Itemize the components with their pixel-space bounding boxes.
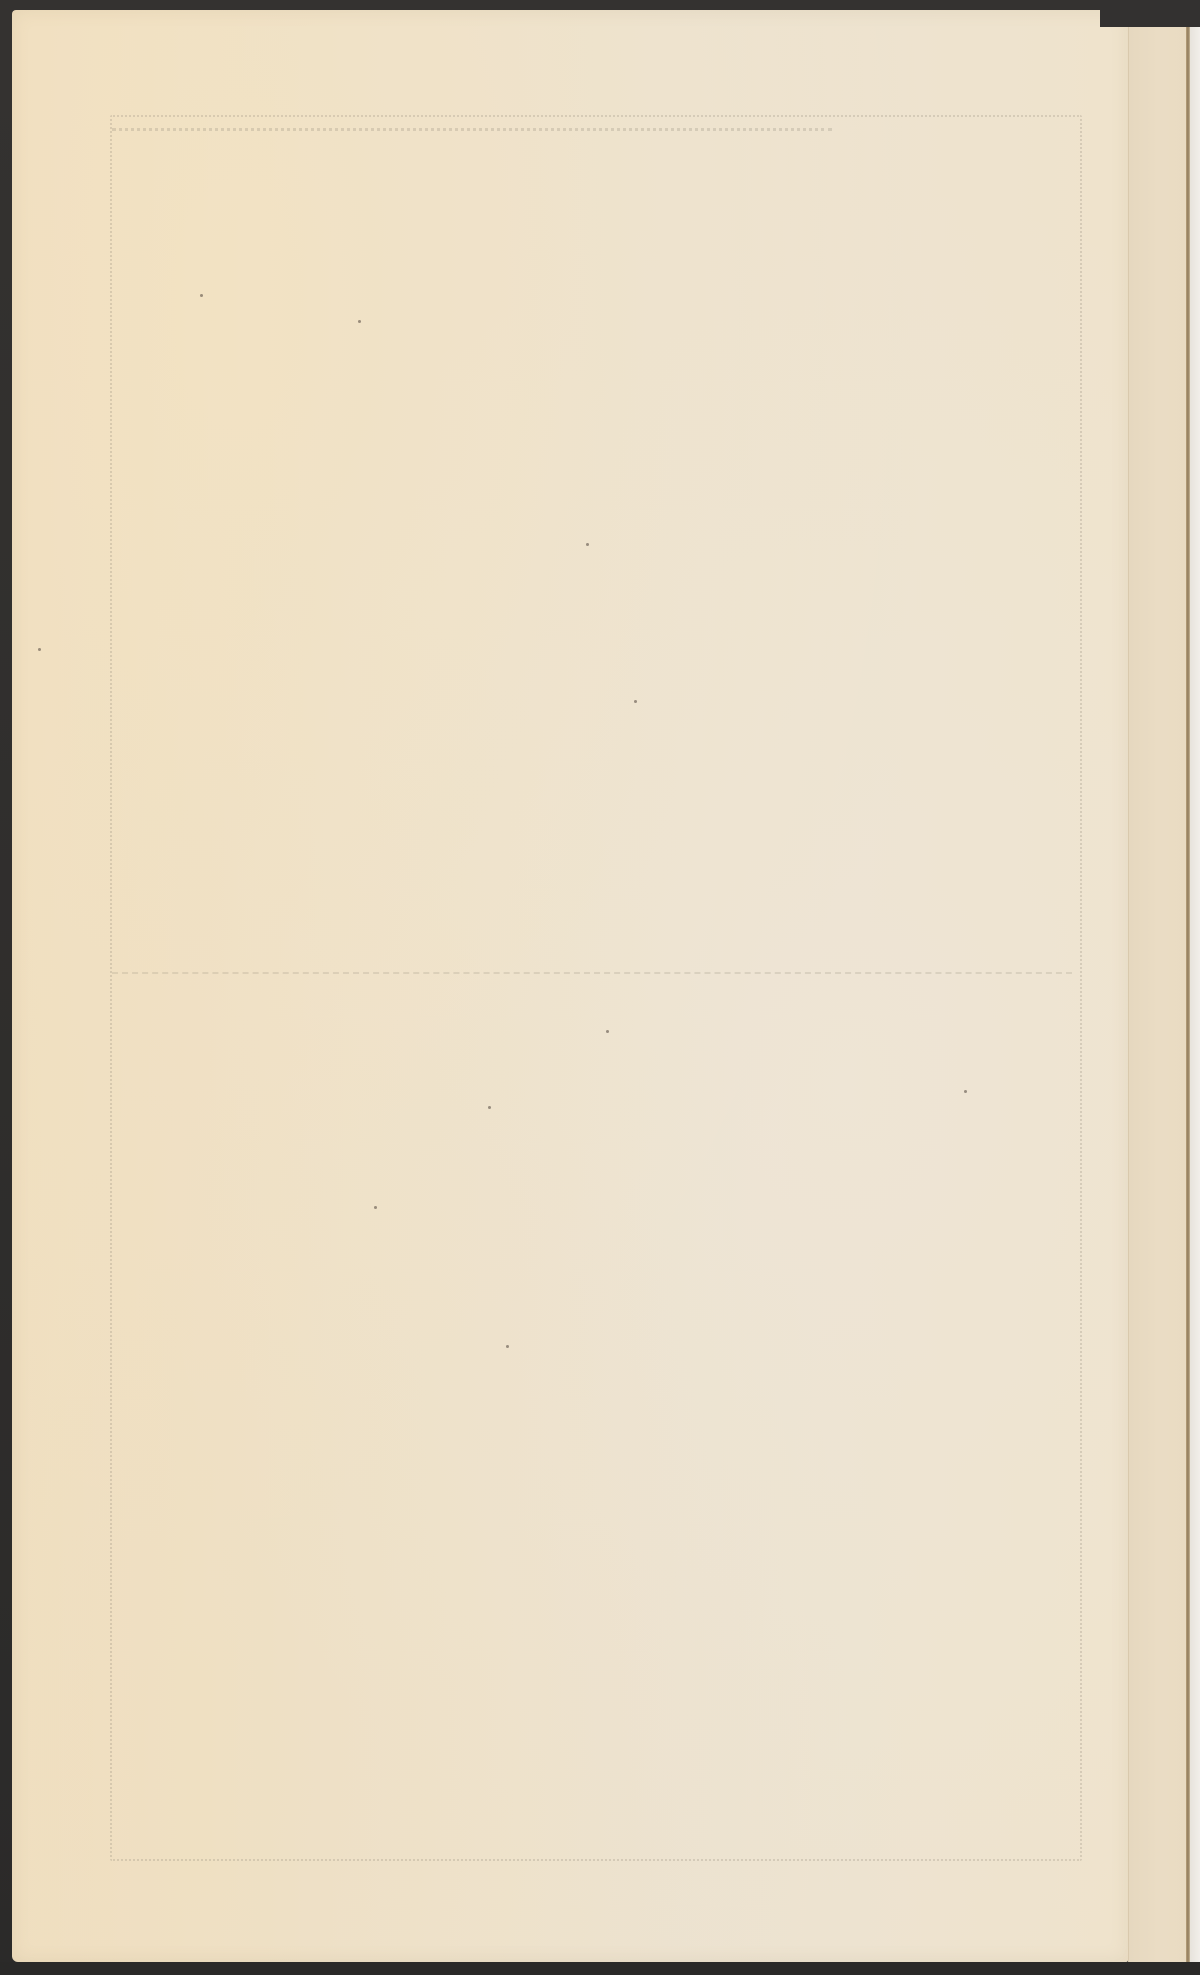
- scanner-background-bottom: [0, 1962, 1200, 1975]
- paper-speck: [506, 1345, 509, 1348]
- page-gutter-strip: [1128, 27, 1189, 1963]
- paper-speck: [606, 1030, 609, 1033]
- paper-speck: [586, 543, 589, 546]
- paper-speck: [38, 648, 41, 651]
- scanner-background-top: [1100, 0, 1200, 27]
- paper-speck: [634, 700, 637, 703]
- show-through-plate-border: [110, 115, 1082, 1861]
- cover-edge: [1190, 27, 1200, 1963]
- show-through-divider-line: [112, 972, 1072, 974]
- paper-speck: [200, 294, 203, 297]
- paper-speck: [964, 1090, 967, 1093]
- book-page: [12, 10, 1128, 1962]
- paper-speck: [358, 320, 361, 323]
- show-through-caption-line: [112, 128, 832, 131]
- paper-speck: [374, 1206, 377, 1209]
- paper-speck: [488, 1106, 491, 1109]
